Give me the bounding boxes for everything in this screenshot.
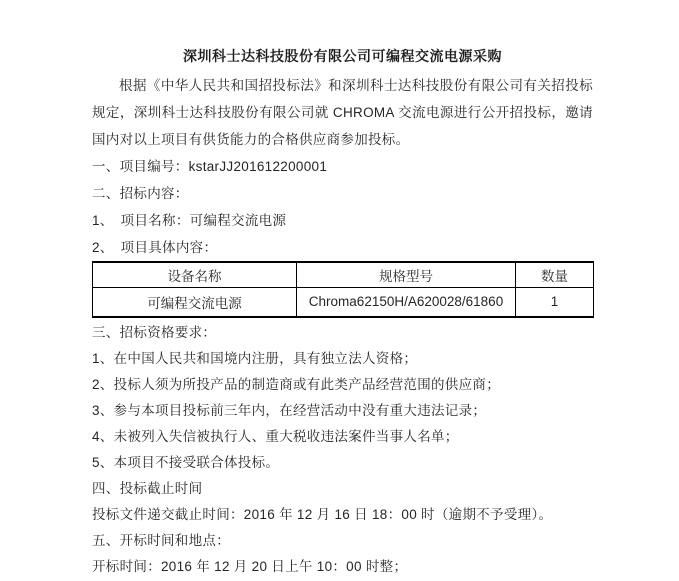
lower-sections: 三、招标资格要求： 1、在中国人民共和国境内注册，具有独立法人资格； 2、投标人… [92, 320, 593, 580]
requirement-1: 1、在中国人民共和国境内注册，具有独立法人资格； [92, 346, 593, 372]
requirement-2: 2、投标人须为所投产品的制造商或有此类产品经营范围的供应商； [92, 372, 593, 398]
section-2-tender-content: 二、招标内容： [92, 180, 593, 207]
item-project-name: 1、 项目名称：可编程交流电源 [92, 207, 593, 234]
section-3-qualification-heading: 三、招标资格要求： [92, 320, 593, 346]
requirement-4: 4、未被列入失信被执行人、重大税收违法案件当事人名单； [92, 424, 593, 450]
header-quantity: 数量 [516, 262, 594, 287]
deadline-line: 投标文件递交截止时间：2016 年 12 月 16 日 18：00 时（逾期不予… [92, 502, 593, 528]
header-spec-model: 规格型号 [297, 262, 516, 287]
opening-time-line: 开标时间：2016 年 12 月 20 日上午 10：00 时整； [92, 554, 593, 580]
table-row: 可编程交流电源 Chroma62150H/A620028/61860 1 [93, 287, 594, 317]
intro-paragraph: 根据《中华人民共和国招投标法》和深圳科士达科技股份有限公司有关招投标规定，深圳科… [92, 72, 593, 153]
requirement-3: 3、参与本项目投标前三年内，在经营活动中没有重大违法记录； [92, 398, 593, 424]
cell-device-name: 可编程交流电源 [93, 287, 297, 317]
header-device-name: 设备名称 [93, 262, 297, 287]
cell-spec-model: Chroma62150H/A620028/61860 [297, 287, 516, 317]
requirement-5: 5、本项目不接受联合体投标。 [92, 450, 593, 476]
section-5-opening-heading: 五、开标时间和地点： [92, 528, 593, 554]
table-header-row: 设备名称 规格型号 数量 [93, 262, 594, 287]
document-page: 深圳科士达科技股份有限公司可编程交流电源采购 根据《中华人民共和国招投标法》和深… [0, 0, 679, 581]
section-4-deadline-heading: 四、投标截止时间 [92, 476, 593, 502]
document-title: 深圳科士达科技股份有限公司可编程交流电源采购 [92, 43, 593, 70]
item-project-detail: 2、 项目具体内容： [92, 234, 593, 261]
cell-quantity: 1 [516, 287, 594, 317]
equipment-table: 设备名称 规格型号 数量 可编程交流电源 Chroma62150H/A62002… [92, 261, 594, 318]
section-1-project-number: 一、项目编号：kstarJJ201612200001 [92, 153, 593, 180]
